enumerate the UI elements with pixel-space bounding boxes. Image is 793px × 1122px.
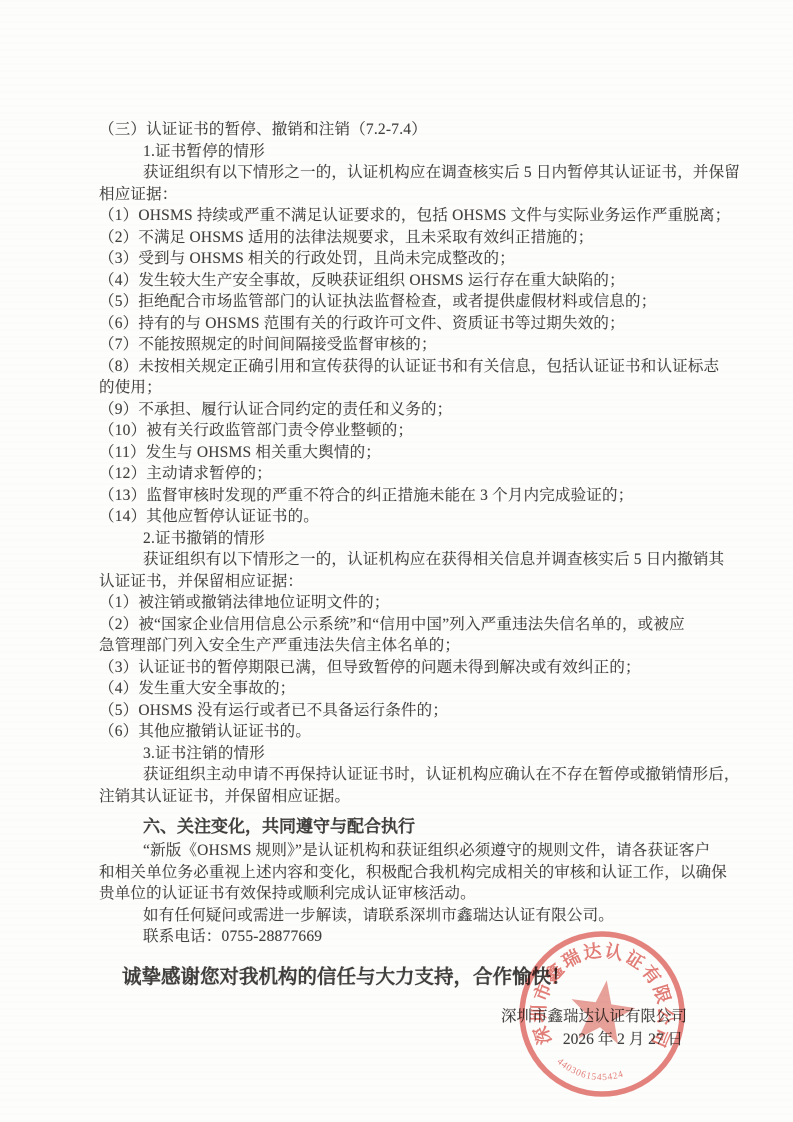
doc-line: （4）发生较大生产安全事故，反映获证组织 OHSMS 运行存在重大缺陷的； (99, 270, 793, 292)
doc-line: （9）不承担、履行认证合同约定的责任和义务的； (99, 399, 793, 421)
doc-line: “新版《OHSMS 规则》”是认证机构和获证组织必须遵守的规则文件，请各获证客户 (99, 840, 793, 862)
doc-line: 如有任何疑问或需进一步解读，请联系深圳市鑫瑞达认证有限公司。 (99, 905, 793, 927)
contact-phone: 联系电话：0755-28877669 (99, 926, 793, 948)
doc-line: （5）拒绝配合市场监管部门的认证执法监督检查，或者提供虚假材料或信息的； (99, 291, 793, 313)
doc-line: （10）被有关行政监管部门责令停业整顿的； (99, 420, 793, 442)
doc-line: 认证证书，并保留相应证据： (99, 571, 793, 593)
doc-line: 的使用； (99, 377, 793, 399)
doc-line: 贵单位的认证证书有效保持或顺利完成认证审核活动。 (99, 883, 793, 905)
doc-line: （6）持有的与 OHSMS 范围有关的行政许可文件、资质证书等过期失效的； (99, 313, 793, 335)
doc-line: 获证组织主动申请不再保持认证证书时，认证机构应确认在不存在暂停或撤销情形后， (99, 764, 793, 786)
doc-line: （8）未按相关规定正确引用和宣传获得的认证证书和有关信息，包括认证证书和认证标志 (99, 356, 793, 378)
doc-line: （4）发生重大安全事故的； (99, 678, 793, 700)
doc-line: 相应证据： (99, 184, 793, 206)
signature-date: 2026 年 2 月 27 日 (99, 1028, 793, 1051)
section-heading-suspension: （三）认证证书的暂停、撤销和注销（7.2-7.4） (99, 119, 793, 141)
document-content: （三）认证证书的暂停、撤销和注销（7.2-7.4） 1.证书暂停的情形 获证组织… (99, 119, 793, 1051)
doc-line: 注销其认证证书，并保留相应证据。 (99, 786, 793, 808)
doc-line: （12）主动请求暂停的； (99, 463, 793, 485)
section-heading-compliance: 六、关注变化，共同遵守与配合执行 (99, 814, 793, 840)
signature-company: 深圳市鑫瑞达认证有限公司 (99, 1006, 793, 1028)
doc-line: （5）OHSMS 没有运行或者已不具备运行条件的； (99, 700, 793, 722)
subsection-title-suspend: 1.证书暂停的情形 (99, 141, 793, 163)
doc-line: 和相关单位务必重视上述内容和变化，积极配合我机构完成相关的审核和认证工作，以确保 (99, 862, 793, 884)
doc-line: （14）其他应暂停认证证书的。 (99, 506, 793, 528)
document-page: （三）认证证书的暂停、撤销和注销（7.2-7.4） 1.证书暂停的情形 获证组织… (0, 0, 793, 1122)
doc-line: （3）认证证书的暂停期限已满，但导致暂停的问题未得到解决或有效纠正的； (99, 657, 793, 679)
seal-number-text: 4403061545424 (555, 1057, 625, 1083)
doc-line: 急管理部门列入安全生产严重违法失信主体名单的； (99, 635, 793, 657)
doc-line: （1）OHSMS 持续或严重不满足认证要求的，包括 OHSMS 文件与实际业务运… (99, 205, 793, 227)
subsection-title-cancel: 3.证书注销的情形 (99, 743, 793, 765)
doc-line: （1）被注销或撤销法律地位证明文件的； (99, 592, 793, 614)
doc-line: （2）不满足 OHSMS 适用的法律法规要求，且未采取有效纠正措施的； (99, 227, 793, 249)
doc-line: 获证组织有以下情形之一的，认证机构应在调查核实后 5 日内暂停其认证证书，并保留 (99, 162, 793, 184)
doc-line: （7）不能按照规定的时间间隔接受监督审核的； (99, 334, 793, 356)
doc-line: （13）监督审核时发现的严重不符合的纠正措施未能在 3 个月内完成验证的； (99, 485, 793, 507)
doc-line: （3）受到与 OHSMS 相关的行政处罚，且尚未完成整改的； (99, 248, 793, 270)
doc-line: （2）被“国家企业信用信息公示系统”和“信用中国”列入严重违法失信名单的，或被应 (99, 614, 793, 636)
subsection-title-withdraw: 2.证书撤销的情形 (99, 528, 793, 550)
signature-block: 深圳市鑫瑞达认证有限公司 2026 年 2 月 27 日 (99, 1006, 793, 1051)
closing-thanks: 诚挚感谢您对我机构的信任与大力支持，合作愉快！ (99, 965, 793, 991)
doc-line: 获证组织有以下情形之一的，认证机构应在获得相关信息并调查核实后 5 日内撤销其 (99, 549, 793, 571)
doc-line: （6）其他应撤销认证证书的。 (99, 721, 793, 743)
doc-line: （11）发生与 OHSMS 相关重大舆情的； (99, 442, 793, 464)
